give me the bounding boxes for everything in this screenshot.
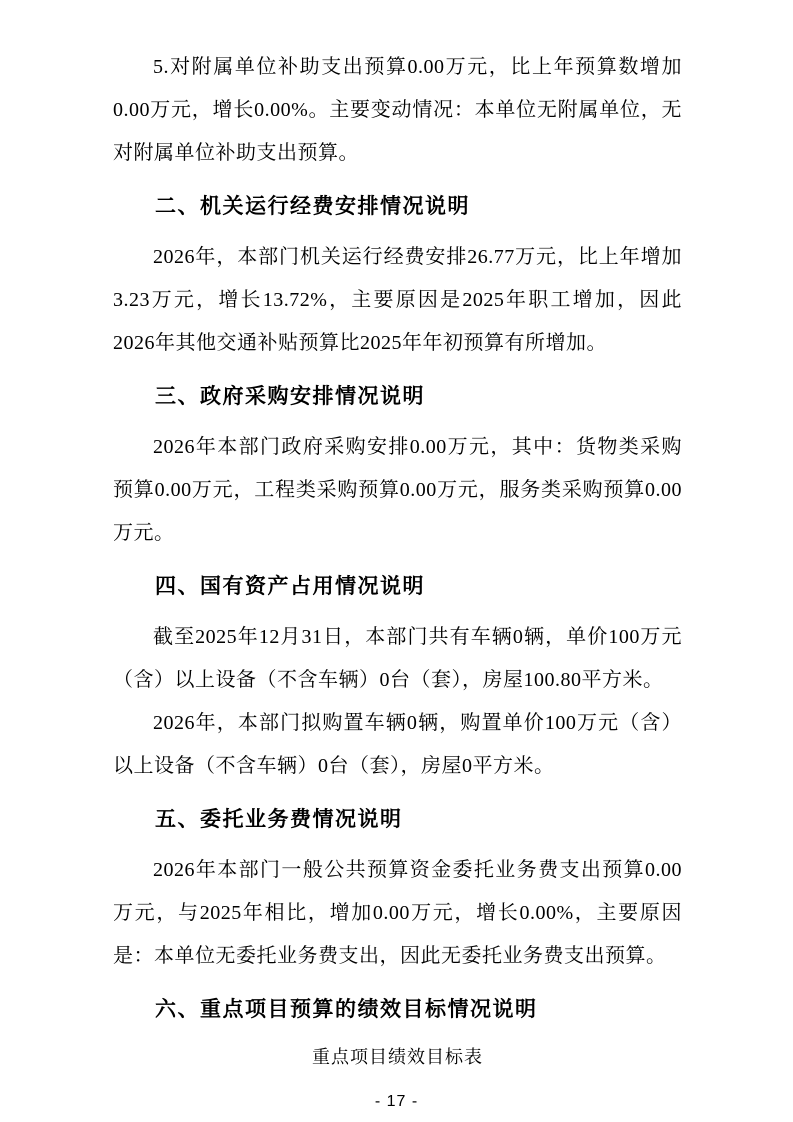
table-caption-key-project-performance: 重点项目绩效目标表	[113, 1039, 682, 1075]
section-heading-key-project-performance: 六、重点项目预算的绩效目标情况说明	[113, 988, 682, 1031]
paragraph-government-procurement: 2026年本部门政府采购安排0.00万元，其中：货物类采购预算0.00万元，工程…	[113, 426, 682, 555]
section-heading-entrusted-business-fees: 五、委托业务费情况说明	[113, 798, 682, 841]
section-heading-agency-operating-funds: 二、机关运行经费安排情况说明	[113, 185, 682, 228]
document-page: 5.对附属单位补助支出预算0.00万元，比上年预算数增加0.00万元，增长0.0…	[0, 0, 793, 1122]
section-heading-government-procurement: 三、政府采购安排情况说明	[113, 375, 682, 418]
section-heading-state-assets: 四、国有资产占用情况说明	[113, 565, 682, 608]
paragraph-state-assets-planned: 2026年，本部门拟购置车辆0辆，购置单价100万元（含）以上设备（不含车辆）0…	[113, 702, 682, 788]
paragraph-affiliated-subsidy: 5.对附属单位补助支出预算0.00万元，比上年预算数增加0.00万元，增长0.0…	[113, 46, 682, 175]
paragraph-state-assets-current: 截至2025年12月31日，本部门共有车辆0辆，单价100万元（含）以上设备（不…	[113, 616, 682, 702]
page-number: - 17 -	[0, 1092, 793, 1112]
paragraph-agency-operating-funds: 2026年，本部门机关运行经费安排26.77万元，比上年增加3.23万元，增长1…	[113, 236, 682, 365]
paragraph-entrusted-business-fees: 2026年本部门一般公共预算资金委托业务费支出预算0.00万元，与2025年相比…	[113, 849, 682, 978]
